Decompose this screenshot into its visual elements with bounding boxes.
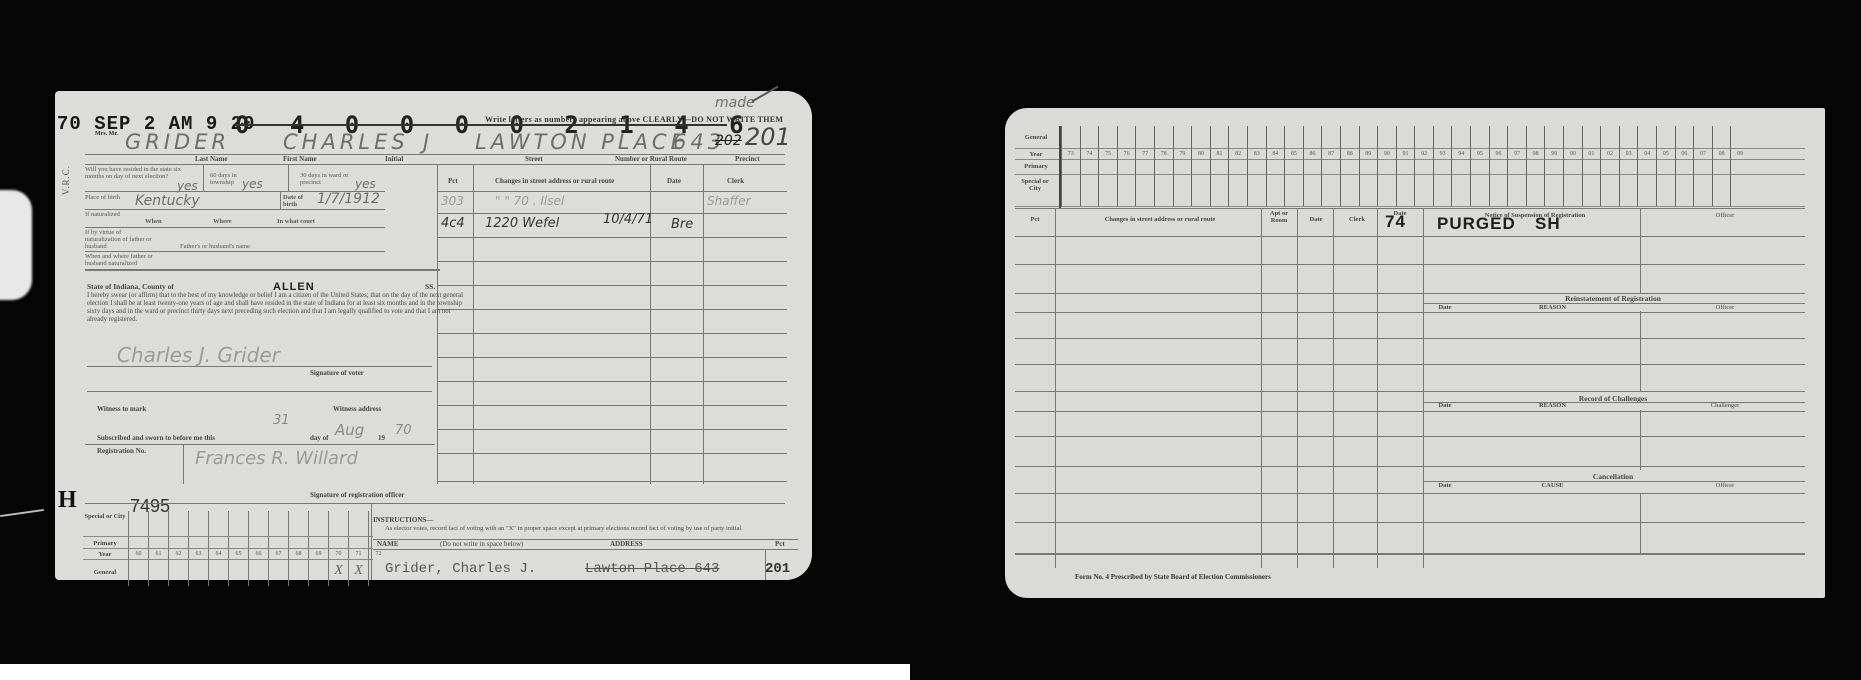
header-date: Date: [1300, 216, 1332, 223]
subscribed-month: Aug: [335, 421, 364, 439]
vote-grid-cell: 00: [1563, 126, 1582, 206]
instructions-title: INSTRUCTIONS—: [373, 516, 433, 524]
top-mark: made: [715, 95, 755, 111]
voter-signature-label: Signature of voter: [310, 369, 364, 377]
grid-label-primary: Primary: [83, 540, 127, 547]
subscribed-day: 31: [273, 413, 290, 428]
challenges-challenger: Challenger: [1665, 402, 1785, 409]
day-of-label: day of: [310, 434, 328, 442]
vote-grid-cell: 66: [248, 511, 268, 586]
official-signature-label: Signature of registration officer: [310, 491, 404, 499]
vote-grid-year: 62: [169, 551, 188, 557]
changes-clerk: Shaffer: [707, 194, 751, 208]
registration-label: Registration No.: [97, 447, 146, 455]
vote-grid-year: 77: [1136, 151, 1154, 157]
vote-grid-year: 71: [349, 551, 368, 557]
vote-grid-year: 82: [1229, 151, 1247, 157]
subscribed-text: Subscribed and sworn to before me this: [97, 434, 215, 442]
vote-grid-cell: 97: [1507, 126, 1526, 206]
section-letter: H: [58, 487, 77, 514]
form-footer: Form No. 4 Prescribed by State Board of …: [1075, 573, 1271, 581]
vote-grid-cell: 73: [1061, 126, 1080, 206]
reinstatement-title: Reinstatement of Registration: [1423, 294, 1803, 303]
label-when-where: When and where father or husband natural…: [85, 253, 165, 267]
vote-grid-cell: 63: [188, 511, 208, 586]
purge-year-stamp: 74: [1385, 212, 1406, 232]
vote-grid-cell: 01: [1582, 126, 1601, 206]
label-last-name: Last Name: [195, 155, 227, 163]
suspension-officer-label: Officer: [1665, 212, 1785, 219]
vote-grid-cell: 02: [1600, 126, 1619, 206]
oath-heading: State of Indiana, County of: [87, 282, 174, 291]
header-clerk: Clerk: [1335, 216, 1379, 223]
vote-mark: X: [349, 563, 368, 579]
typed-name: Grider, Charles J.: [385, 561, 536, 577]
label-if-naturalized: If naturalized: [85, 211, 125, 218]
vote-grid-year: 60: [129, 551, 148, 557]
vote-grid-cell: 87: [1321, 126, 1340, 206]
vote-grid-year: 06: [1676, 151, 1694, 157]
vote-grid-cell: 67: [268, 511, 288, 586]
reinstatement-date: Date: [1425, 304, 1465, 311]
vote-grid-year: 00: [1564, 151, 1582, 157]
vote-grid-cell: 08: [1712, 126, 1731, 206]
grid-label-general: General: [83, 569, 127, 576]
challenges-date: Date: [1425, 402, 1465, 409]
side-label: V.R.C.: [61, 165, 71, 195]
vote-grid-cell: 94: [1451, 126, 1470, 206]
vote-grid-year: 75: [1099, 151, 1117, 157]
voting-record-grid: General Year Primary Special or City 737…: [1015, 126, 1805, 208]
vote-grid-year: 89: [1360, 151, 1378, 157]
changes-address: " " 70 . Ilsel: [495, 194, 564, 208]
bottom-white-strip: [0, 664, 910, 680]
vote-mark: X: [329, 563, 348, 579]
vote-grid-cell: 64: [208, 511, 228, 586]
vote-grid-year: 94: [1452, 151, 1470, 157]
header-apt: Apt or Room: [1263, 210, 1295, 224]
reinstatement-officer: Officer: [1665, 304, 1785, 311]
vote-grid-cell: 69: [308, 511, 328, 586]
label-precinct: Precinct: [735, 155, 760, 163]
vote-grid-cell: 60: [128, 511, 148, 586]
vote-grid-cell: 88: [1340, 126, 1359, 206]
oath-ss: SS.: [425, 283, 435, 291]
vote-grid-year: 86: [1304, 151, 1322, 157]
voter-registration-card-front: 70 SEP 2 AM 9 20 0 4 0 0 0 0 2 1 4 6 Wri…: [55, 91, 812, 580]
vote-grid-cell: 05: [1656, 126, 1675, 206]
vote-grid-year: 07: [1694, 151, 1712, 157]
vote-grid-year: 02: [1601, 151, 1619, 157]
arrow-mark-icon: [752, 86, 779, 103]
vote-grid-cell: 90: [1377, 126, 1396, 206]
label-where: Where: [213, 218, 232, 225]
oath-text: I hereby swear (or affirm) that to the b…: [87, 292, 467, 324]
vote-grid-cell: 62: [168, 511, 188, 586]
label-father-name: Father's or husband's name: [180, 243, 250, 250]
footer-header-address: ADDRESS: [610, 540, 643, 548]
vote-grid-cell: 82: [1228, 126, 1247, 206]
vote-grid-year: 91: [1397, 151, 1415, 157]
place-of-birth-value: Kentucky: [135, 193, 200, 209]
vote-grid-year: 97: [1508, 151, 1526, 157]
vote-grid-year: 84: [1267, 151, 1285, 157]
footer-header-note: (Do not write in space below): [440, 540, 523, 548]
cancellation-cause: CAUSE: [1465, 482, 1640, 489]
vote-grid-cell: 83: [1247, 126, 1266, 206]
vote-grid-year: 74: [1081, 151, 1099, 157]
voter-registration-card-back: General Year Primary Special or City 737…: [1005, 108, 1825, 598]
vote-grid-cell: 04: [1637, 126, 1656, 206]
grid-label-year: Year: [1015, 151, 1057, 158]
header-pct: Pct: [1020, 216, 1050, 223]
vote-grid-year: 90: [1378, 151, 1396, 157]
vote-grid-cell: 86: [1303, 126, 1322, 206]
vote-grid-year: 08: [1713, 151, 1731, 157]
vote-grid-cell: 80: [1191, 126, 1210, 206]
vote-grid-year: 79: [1174, 151, 1192, 157]
vote-grid-cell: 98: [1526, 126, 1545, 206]
footer-header-name: NAME: [377, 540, 398, 548]
label-when: When: [145, 218, 162, 225]
changes-header-pct: Pct: [448, 177, 458, 185]
scanner-edge-artifact: [0, 190, 32, 300]
vote-grid-cell: 93: [1433, 126, 1452, 206]
changes-pct: 4c4: [441, 216, 465, 231]
record-body: Pct Changes in street address or rural r…: [1015, 208, 1805, 568]
vote-grid-cell: 76: [1117, 126, 1136, 206]
vote-grid-cell: 68: [288, 511, 308, 586]
vote-grid-year: 70: [329, 551, 348, 557]
grid-label-primary: Primary: [1015, 163, 1057, 170]
street-value: LAWTON PLACE: [475, 130, 688, 154]
question-state: Will you have resided in the state six m…: [85, 166, 185, 180]
question-precinct: 30 days in ward or precinct: [300, 172, 360, 186]
label-place-of-birth: Place of birth: [85, 194, 125, 201]
vote-grid-cell: 89: [1359, 126, 1378, 206]
vote-grid-year: 05: [1657, 151, 1675, 157]
changes-address: 1220 Wefel: [485, 216, 559, 231]
vote-grid-year: 04: [1638, 151, 1656, 157]
vote-grid-cell: 75: [1098, 126, 1117, 206]
vote-grid-year: 87: [1322, 151, 1340, 157]
label-number: Number or Rural Route: [615, 155, 687, 163]
instructions-text: As elector votes, record fact of voting …: [373, 525, 798, 533]
vote-grid-cell: 77: [1135, 126, 1154, 206]
vote-grid-year: 81: [1211, 151, 1229, 157]
precinct-value: 201: [745, 123, 791, 151]
header-notice: Write letters as numbers appearing above…: [485, 115, 783, 124]
vote-grid-year: 69: [309, 551, 328, 557]
instructions: INSTRUCTIONS— As elector votes, record f…: [373, 517, 798, 532]
official-signature: Frances R. Willard: [195, 448, 358, 469]
vote-grid-cell: 95: [1470, 126, 1489, 206]
vote-grid-year: 64: [209, 551, 228, 557]
cancellation-officer: Officer: [1665, 482, 1785, 489]
label-court: In what court: [277, 218, 315, 225]
vote-grid-cell: 09: [1730, 126, 1749, 206]
label-virtue: If by virtue of naturalization of father…: [85, 229, 155, 250]
subscribed-year: 70: [395, 423, 412, 438]
vote-grid-cell: 65: [228, 511, 248, 586]
reinstatement-reason: REASON: [1465, 304, 1640, 311]
scanner-edge-line: [0, 509, 44, 517]
changes-date: 10/4/71: [603, 212, 653, 227]
label-first-name: First Name: [283, 155, 317, 163]
grid-label-special: Special or City: [1015, 178, 1055, 192]
year-prefix: 19: [378, 434, 385, 442]
vote-grid-year: 96: [1490, 151, 1508, 157]
vote-grid-year: 73: [1062, 151, 1080, 157]
vote-grid-year: 67: [269, 551, 288, 557]
label-street: Street: [525, 155, 543, 163]
typed-pct: 201: [765, 561, 790, 577]
vote-grid-cell: 91: [1396, 126, 1415, 206]
precinct-crossed: 202: [715, 133, 742, 149]
purge-stamp: PURGED: [1437, 214, 1516, 234]
grid-label-special: Special or City: [83, 513, 127, 520]
vote-grid-cell: 74: [1080, 126, 1099, 206]
vote-grid-year: 80: [1192, 151, 1210, 157]
vote-grid-cell: 99: [1544, 126, 1563, 206]
vote-grid-cell: 81: [1210, 126, 1229, 206]
vote-grid-year: 01: [1583, 151, 1601, 157]
last-name-value: GRIDER: [125, 130, 230, 154]
vote-grid-cell: 84: [1266, 126, 1285, 206]
vote-grid-year: 98: [1527, 151, 1545, 157]
vote-grid-year: 92: [1415, 151, 1433, 157]
vote-grid-cell: 71X: [348, 511, 368, 586]
grid-label-year: Year: [83, 551, 127, 558]
vote-grid-year: 03: [1620, 151, 1638, 157]
vote-grid-year: 95: [1471, 151, 1489, 157]
changes-header-clerk: Clerk: [727, 177, 744, 185]
grid-label-general: General: [1015, 134, 1057, 141]
purge-initials-stamp: SH: [1535, 214, 1561, 234]
vote-grid-year: 85: [1285, 151, 1303, 157]
cancellation-title: Cancellation: [1423, 472, 1803, 481]
witness-label: Witness to mark: [97, 405, 146, 413]
vote-grid-year: 61: [149, 551, 168, 557]
changes-header-date: Date: [667, 177, 681, 185]
vote-grid-cell: 03: [1619, 126, 1638, 206]
header-changes: Changes in street address or rural route: [1060, 216, 1260, 223]
vote-grid-cell: 78: [1154, 126, 1173, 206]
label-date-of-birth: Date of birth: [283, 194, 313, 208]
vote-grid-cell: 79: [1173, 126, 1192, 206]
vote-grid-year: 09: [1731, 151, 1749, 157]
date-of-birth-value: 1/7/1912: [317, 191, 380, 207]
changes-clerk: Bre: [671, 217, 693, 232]
vote-grid-cell: 85: [1284, 126, 1303, 206]
county-value: ALLEN: [273, 281, 315, 293]
vote-grid-year: 99: [1545, 151, 1563, 157]
vote-grid-year: 66: [249, 551, 268, 557]
answer-township: yes: [242, 177, 263, 191]
vote-grid-year: 68: [289, 551, 308, 557]
vote-grid-year: 78: [1155, 151, 1173, 157]
vote-grid-cell: 70X: [328, 511, 348, 586]
salutation: Mrs. Mr.: [95, 131, 118, 138]
vote-grid-year: 63: [189, 551, 208, 557]
changes-pct: 303: [441, 194, 464, 208]
voter-signature: Charles J. Grider: [117, 343, 280, 367]
vote-grid-cell: 96: [1489, 126, 1508, 206]
typed-address: Lawton Place 643: [585, 561, 719, 577]
voting-record-grid: Special or City Primary Year General 606…: [83, 511, 373, 586]
vote-grid-year: 76: [1118, 151, 1136, 157]
vote-grid-year: 65: [229, 551, 248, 557]
changes-header-change: Changes in street address or rural route: [495, 177, 614, 185]
vote-grid-cell: 92: [1414, 126, 1433, 206]
vote-grid-cell: 06: [1675, 126, 1694, 206]
initial-value: J: [423, 130, 433, 154]
witness-address-label: Witness address: [333, 405, 381, 413]
footer-header-pct: Pct: [775, 540, 785, 548]
label-initial: Initial: [385, 155, 403, 163]
vote-grid-cell: 61: [148, 511, 168, 586]
vote-grid-year: 88: [1341, 151, 1359, 157]
first-name-value: CHARLES: [283, 130, 409, 154]
vote-grid-year: 93: [1434, 151, 1452, 157]
vote-grid-cell: 07: [1693, 126, 1712, 206]
challenges-reason: REASON: [1465, 402, 1640, 409]
cancellation-date: Date: [1425, 482, 1465, 489]
vote-grid-year: 83: [1248, 151, 1266, 157]
answer-precinct: yes: [355, 177, 376, 191]
